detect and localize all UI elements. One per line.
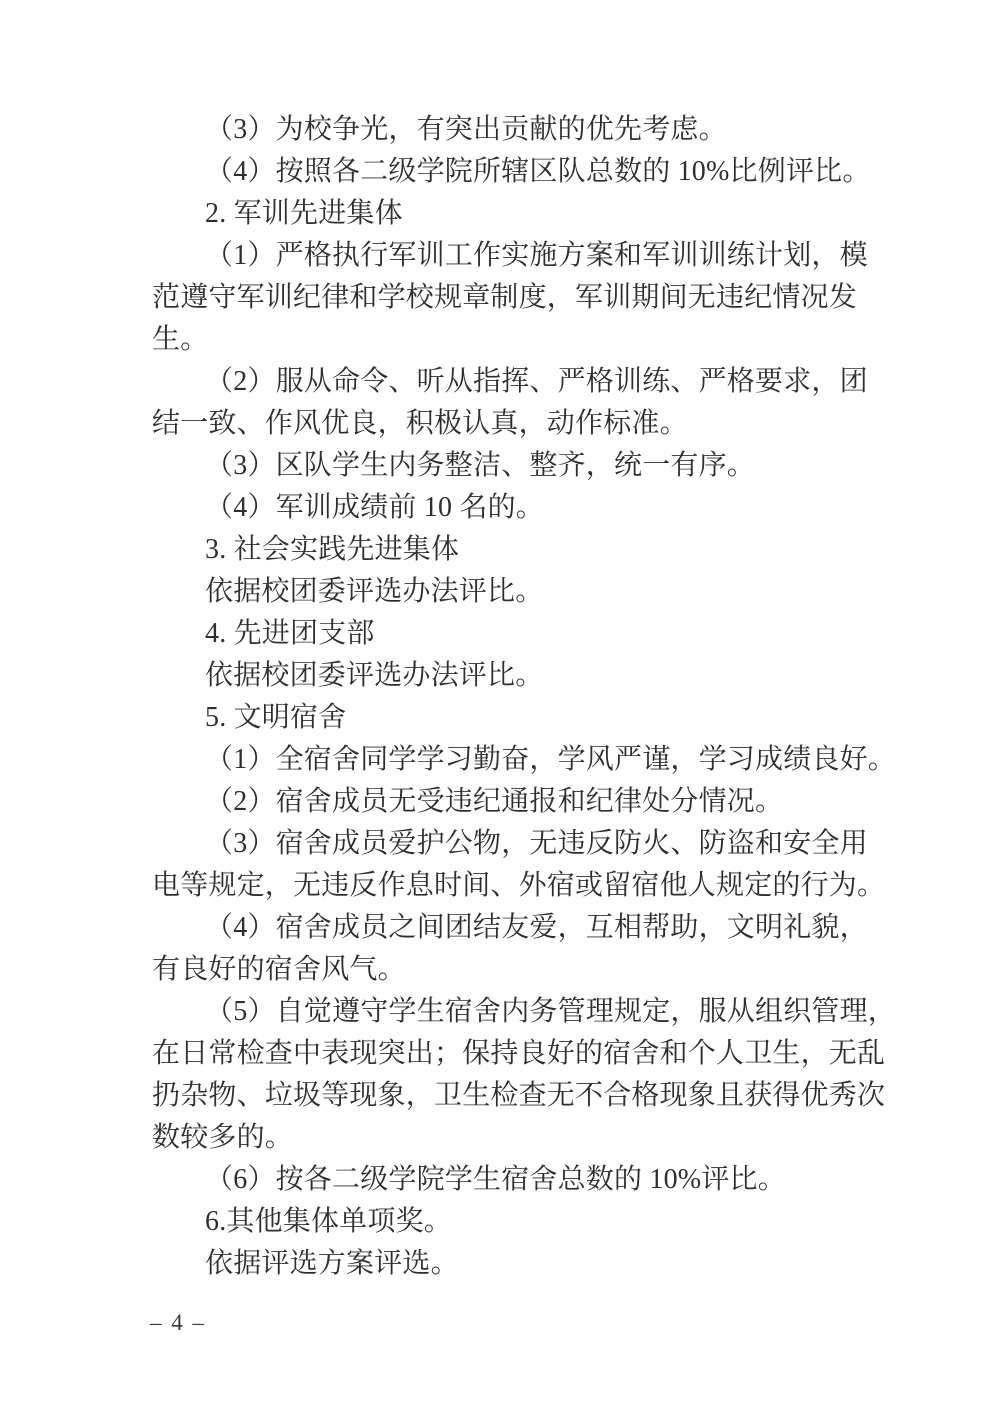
- text-line: 5. 文明宿舍: [152, 697, 864, 739]
- text-line: 结一致、作风优良，积极认真，动作标准。: [152, 403, 864, 445]
- text-line: 4. 先进团支部: [152, 613, 864, 655]
- text-line: （4）宿舍成员之间团结友爱，互相帮助，文明礼貌，: [152, 907, 864, 949]
- text-line: （3）区队学生内务整洁、整齐，统一有序。: [152, 445, 864, 487]
- text-line: 在日常检查中表现突出；保持良好的宿舍和个人卫生，无乱: [152, 1033, 864, 1075]
- text-line: （2）服从命令、听从指挥、严格训练、严格要求，团: [152, 361, 864, 403]
- text-line: （1）严格执行军训工作实施方案和军训训练计划，模: [152, 235, 864, 277]
- text-line: （2）宿舍成员无受违纪通报和纪律处分情况。: [152, 781, 864, 823]
- text-line: 生。: [152, 319, 864, 361]
- text-line: （1）全宿舍同学学习勤奋，学风严谨，学习成绩良好。: [152, 739, 864, 781]
- page-footer: – 4 –: [150, 1306, 206, 1340]
- text-line: 依据校团委评选办法评比。: [152, 655, 864, 697]
- document-page: （3）为校争光，有突出贡献的优先考虑。（4）按照各二级学院所辖区队总数的 10%…: [0, 0, 1000, 1415]
- text-line: 电等规定，无违反作息时间、外宿或留宿他人规定的行为。: [152, 865, 864, 907]
- document-body: （3）为校争光，有突出贡献的优先考虑。（4）按照各二级学院所辖区队总数的 10%…: [152, 109, 864, 1285]
- text-line: （5）自觉遵守学生宿舍内务管理规定，服从组织管理，: [152, 991, 864, 1033]
- text-line: （4）军训成绩前 10 名的。: [152, 487, 864, 529]
- text-line: （3）宿舍成员爱护公物，无违反防火、防盗和安全用: [152, 823, 864, 865]
- text-line: 3. 社会实践先进集体: [152, 529, 864, 571]
- text-line: 数较多的。: [152, 1117, 864, 1159]
- text-line: 依据校团委评选办法评比。: [152, 571, 864, 613]
- text-line: 依据评选方案评选。: [152, 1243, 864, 1285]
- text-line: （4）按照各二级学院所辖区队总数的 10%比例评比。: [152, 151, 864, 193]
- text-line: 2. 军训先进集体: [152, 193, 864, 235]
- page-number: – 4 –: [150, 1310, 206, 1335]
- text-line: （3）为校争光，有突出贡献的优先考虑。: [152, 109, 864, 151]
- text-line: 有良好的宿舍风气。: [152, 949, 864, 991]
- text-line: （6）按各二级学院学生宿舍总数的 10%评比。: [152, 1159, 864, 1201]
- text-line: 扔杂物、垃圾等现象，卫生检查无不合格现象且获得优秀次: [152, 1075, 864, 1117]
- text-line: 范遵守军训纪律和学校规章制度，军训期间无违纪情况发: [152, 277, 864, 319]
- text-line: 6.其他集体单项奖。: [152, 1201, 864, 1243]
